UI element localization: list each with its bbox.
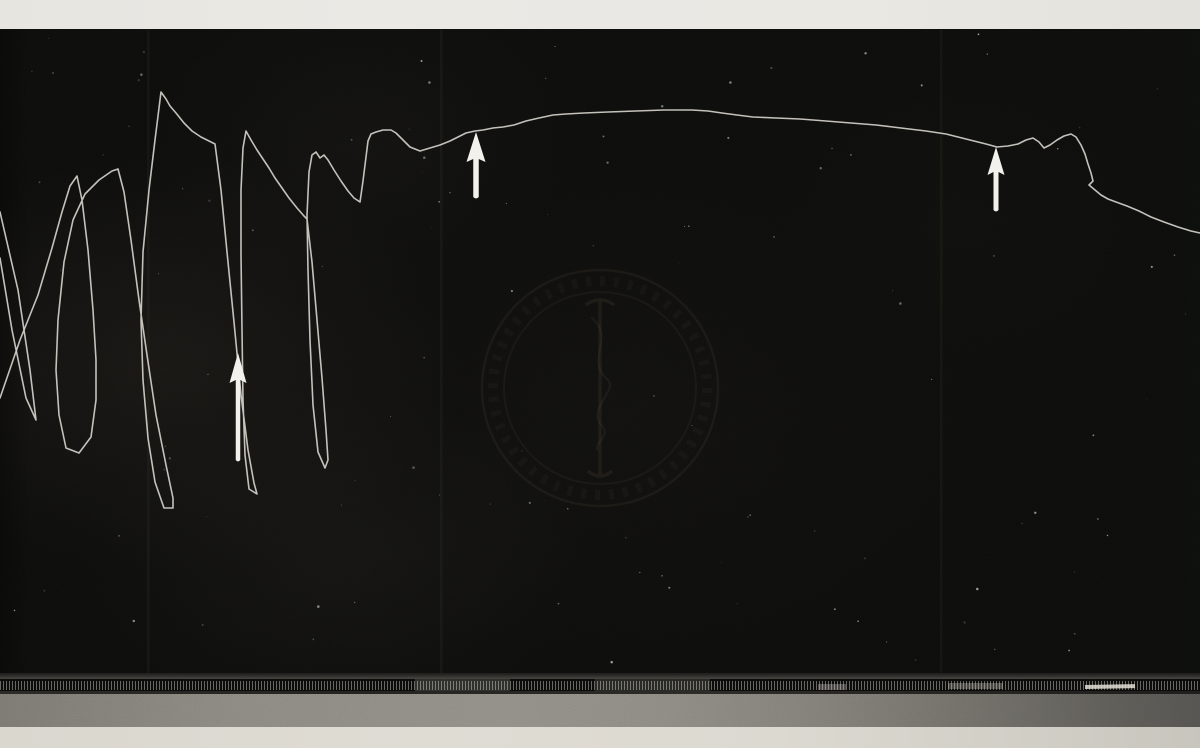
film-edge-shading	[0, 29, 1200, 674]
timescale-grain-band	[0, 694, 1200, 727]
timescale-tick-marks	[0, 681, 1200, 690]
photo-bottom-border	[0, 727, 1200, 748]
photo-frame	[0, 0, 1200, 748]
photo-top-border	[0, 0, 1200, 29]
film-area	[0, 29, 1200, 674]
film-mottling	[0, 29, 1200, 674]
